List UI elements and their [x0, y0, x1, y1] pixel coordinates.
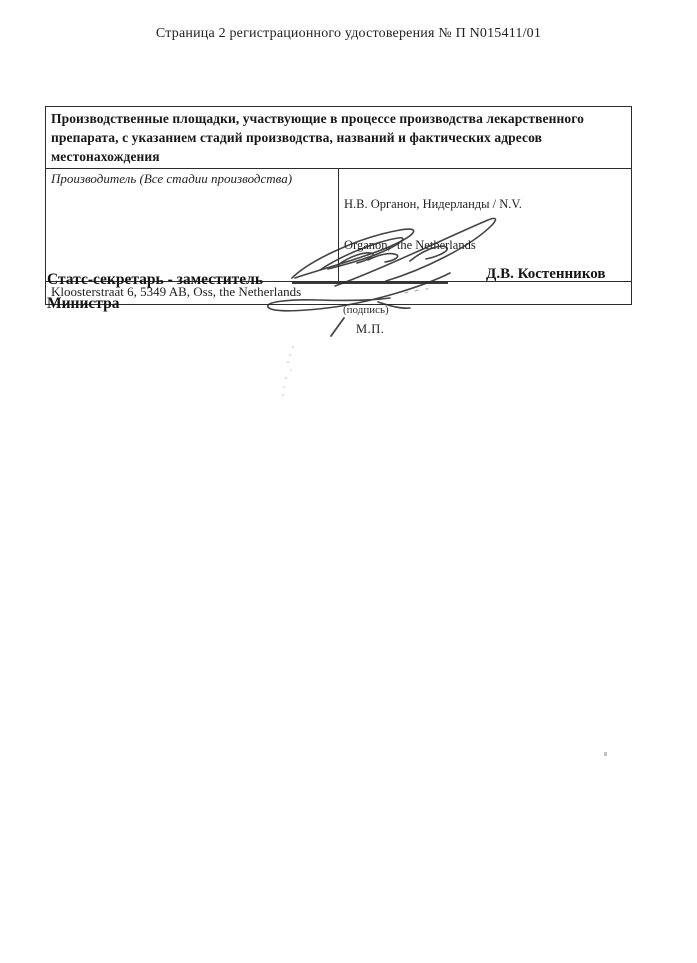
- scan-artifact: [604, 752, 607, 756]
- table-header-row: Производственные площадки, участвующие в…: [46, 107, 632, 169]
- document-page: Страница 2 регистрационного удостоверени…: [0, 0, 697, 963]
- table-header-cell: Производственные площадки, участвующие в…: [46, 107, 632, 169]
- handwritten-signature-icon: [250, 208, 510, 403]
- page-title: Страница 2 регистрационного удостоверени…: [0, 26, 697, 42]
- scan-speckles: [282, 346, 294, 396]
